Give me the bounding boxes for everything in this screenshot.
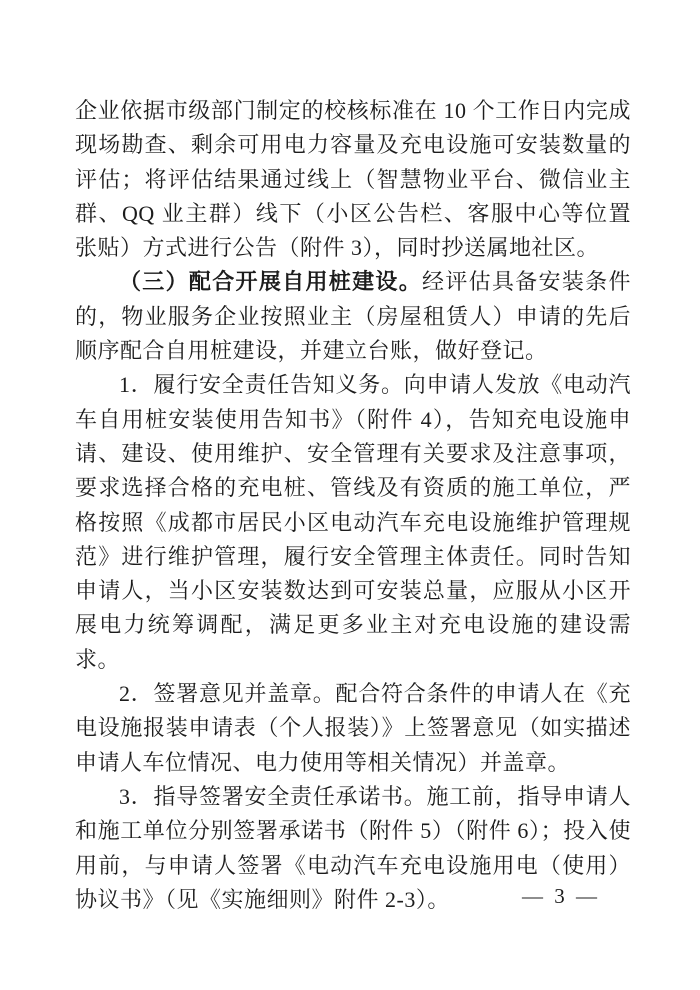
paragraph-text: 向申请人发放《电动汽车自用桩安装使用告知书》（附件 4），告知充电设施申请、建设…: [75, 372, 631, 671]
paragraph-text: 企业依据市级部门制定的校核标准在 10 个工作日内完成现场勘查、剩余可用电力容量…: [75, 98, 631, 260]
paragraph-item-2: 2．签署意见并盖章。配合符合条件的申请人在《充电设施报装申请表（个人报装）》上签…: [75, 677, 631, 780]
document-page: 企业依据市级部门制定的校核标准在 10 个工作日内完成现场勘查、剩余可用电力容量…: [0, 0, 700, 990]
paragraph-section-3: （三）配合开展自用桩建设。经评估具备安装条件的，物业服务企业按照业主（房屋租赁人…: [75, 265, 631, 368]
paragraph-continuation: 企业依据市级部门制定的校核标准在 10 个工作日内完成现场勘查、剩余可用电力容量…: [75, 94, 631, 265]
paragraph-item-1: 1．履行安全责任告知义务。向申请人发放《电动汽车自用桩安装使用告知书》（附件 4…: [75, 368, 631, 677]
page-number: — 3 —: [522, 884, 600, 908]
item-heading: 1．履行安全责任告知义务。: [119, 372, 404, 397]
item-heading: 3．指导签署安全责任承诺书。: [119, 784, 426, 809]
document-body: 企业依据市级部门制定的校核标准在 10 个工作日内完成现场勘查、剩余可用电力容量…: [75, 94, 631, 917]
item-heading: 2．签署意见并盖章。: [119, 681, 336, 706]
section-heading: （三）配合开展自用桩建设。: [119, 269, 422, 294]
